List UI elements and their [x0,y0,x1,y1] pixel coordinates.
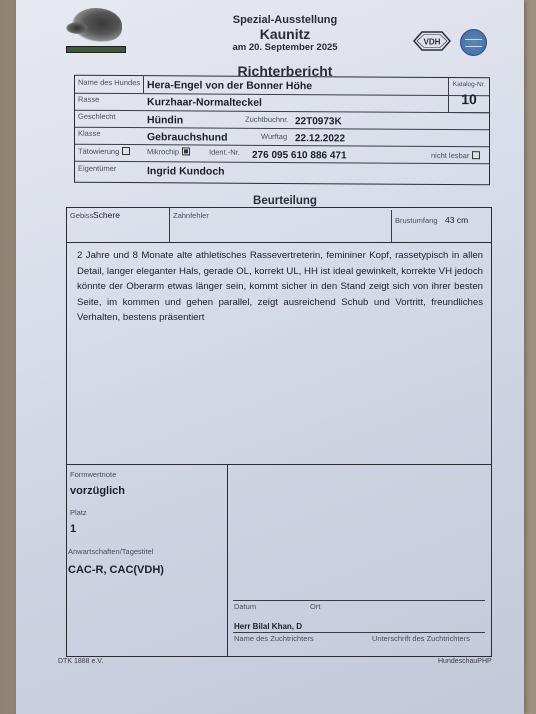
microchip-label: Mikrochip [147,147,179,156]
studbook-label: Zuchtbuchnr. [245,115,288,124]
sex-label: Geschlecht [78,112,116,121]
dog-info-table: Name des Hundes Hera-Engel von der Bonne… [74,75,490,186]
result-section: Formwertnote vorzüglich Platz 1 Anwartsc… [67,464,491,656]
date-location-line [233,600,485,601]
event-type: Spezial-Ausstellung [200,14,370,26]
row-owner: Eigentümer Ingrid Kundoch [75,161,489,181]
bite-label: Gebiss [70,211,93,220]
evaluation-table: Gebiss Schere Zahnfehler Brustumfang 43 … [66,207,492,657]
divider [391,210,392,242]
unreadable-field: nicht lesbar [431,151,480,160]
fci-logo-icon [460,29,487,56]
event-date: am 20. September 2025 [200,42,370,53]
grade-value: vorzüglich [70,485,125,497]
location-label: Ort [310,602,320,611]
dachshund-club-logo [64,6,126,52]
studbook-number: 22T0973K [295,116,342,127]
tattoo-checkbox[interactable] [122,147,130,155]
logo-banner [66,46,126,53]
date-label: Datum [234,602,256,611]
titles-value: CAC-R, CAC(VDH) [68,564,164,576]
bite-value: Schere [93,210,120,220]
judge-signature-label: Unterschrift des Zuchtrichters [372,634,470,643]
judge-name-label: Name des Zuchtrichters [234,634,314,643]
dentition-row: Gebiss Schere Zahnfehler Brustumfang 43 … [67,208,491,243]
owner-name: Ingrid Kundoch [147,165,225,177]
catalog-box: Katalog-Nr. 10 [448,78,489,113]
judge-comment: 2 Jahre und 8 Monate alte athletisches R… [77,248,483,326]
place-label: Platz [70,508,87,517]
dog-class: Gebrauchshund [147,131,228,143]
evaluation-title: Beurteilung [180,195,390,207]
unreadable-checkbox[interactable] [472,151,480,159]
event-location: Kaunitz [200,26,370,42]
dachshund-icon [72,8,122,42]
catalog-label: Katalog-Nr. [449,81,489,88]
microchip-field: Mikrochip [147,147,190,156]
grade-label: Formwertnote [70,470,116,479]
chest-label: Brustumfang [395,216,438,225]
svg-text:VDH: VDH [424,38,441,47]
dog-breed: Kurzhaar-Normalteckel [147,96,262,109]
tattoo-field: Tätowierung [78,147,130,156]
class-label: Klasse [78,129,101,138]
birthdate-label: Wurftag [261,132,287,141]
dog-name: Hera-Engel von der Bonner Höhe [147,79,312,92]
dog-sex: Hündin [147,114,183,126]
tattoo-label: Tätowierung [78,147,119,156]
ident-label: Ident.-Nr. [209,148,240,157]
name-label: Name des Hundes [78,78,140,87]
divider [169,208,170,242]
titles-label: Anwartschaften/Tagestitel [68,547,153,556]
result-fields: Formwertnote vorzüglich Platz 1 Anwartsc… [67,465,228,656]
catalog-number: 10 [449,91,489,107]
microchip-checkbox[interactable] [182,147,190,155]
chest-value: 43 cm [445,215,468,225]
judge-name: Herr Bilal Khan, D [234,622,302,631]
ident-number: 276 095 610 886 471 [252,150,347,162]
unreadable-label: nicht lesbar [431,151,469,160]
signature-line [233,632,485,633]
dog-birthdate: 22.12.2022 [295,133,345,144]
footer-organization: DTK 1888 e.V. [58,658,103,665]
footer-software: HundeschauPHP [438,658,492,665]
teeth-faults-label: Zahnfehler [173,211,209,220]
owner-label: Eigentümer [78,164,116,173]
place-value: 1 [70,523,76,535]
divider [143,76,144,93]
vdh-logo-icon: VDH [412,30,452,52]
event-header: Spezial-Ausstellung Kaunitz am 20. Septe… [200,14,370,53]
breed-label: Rasse [78,95,99,104]
